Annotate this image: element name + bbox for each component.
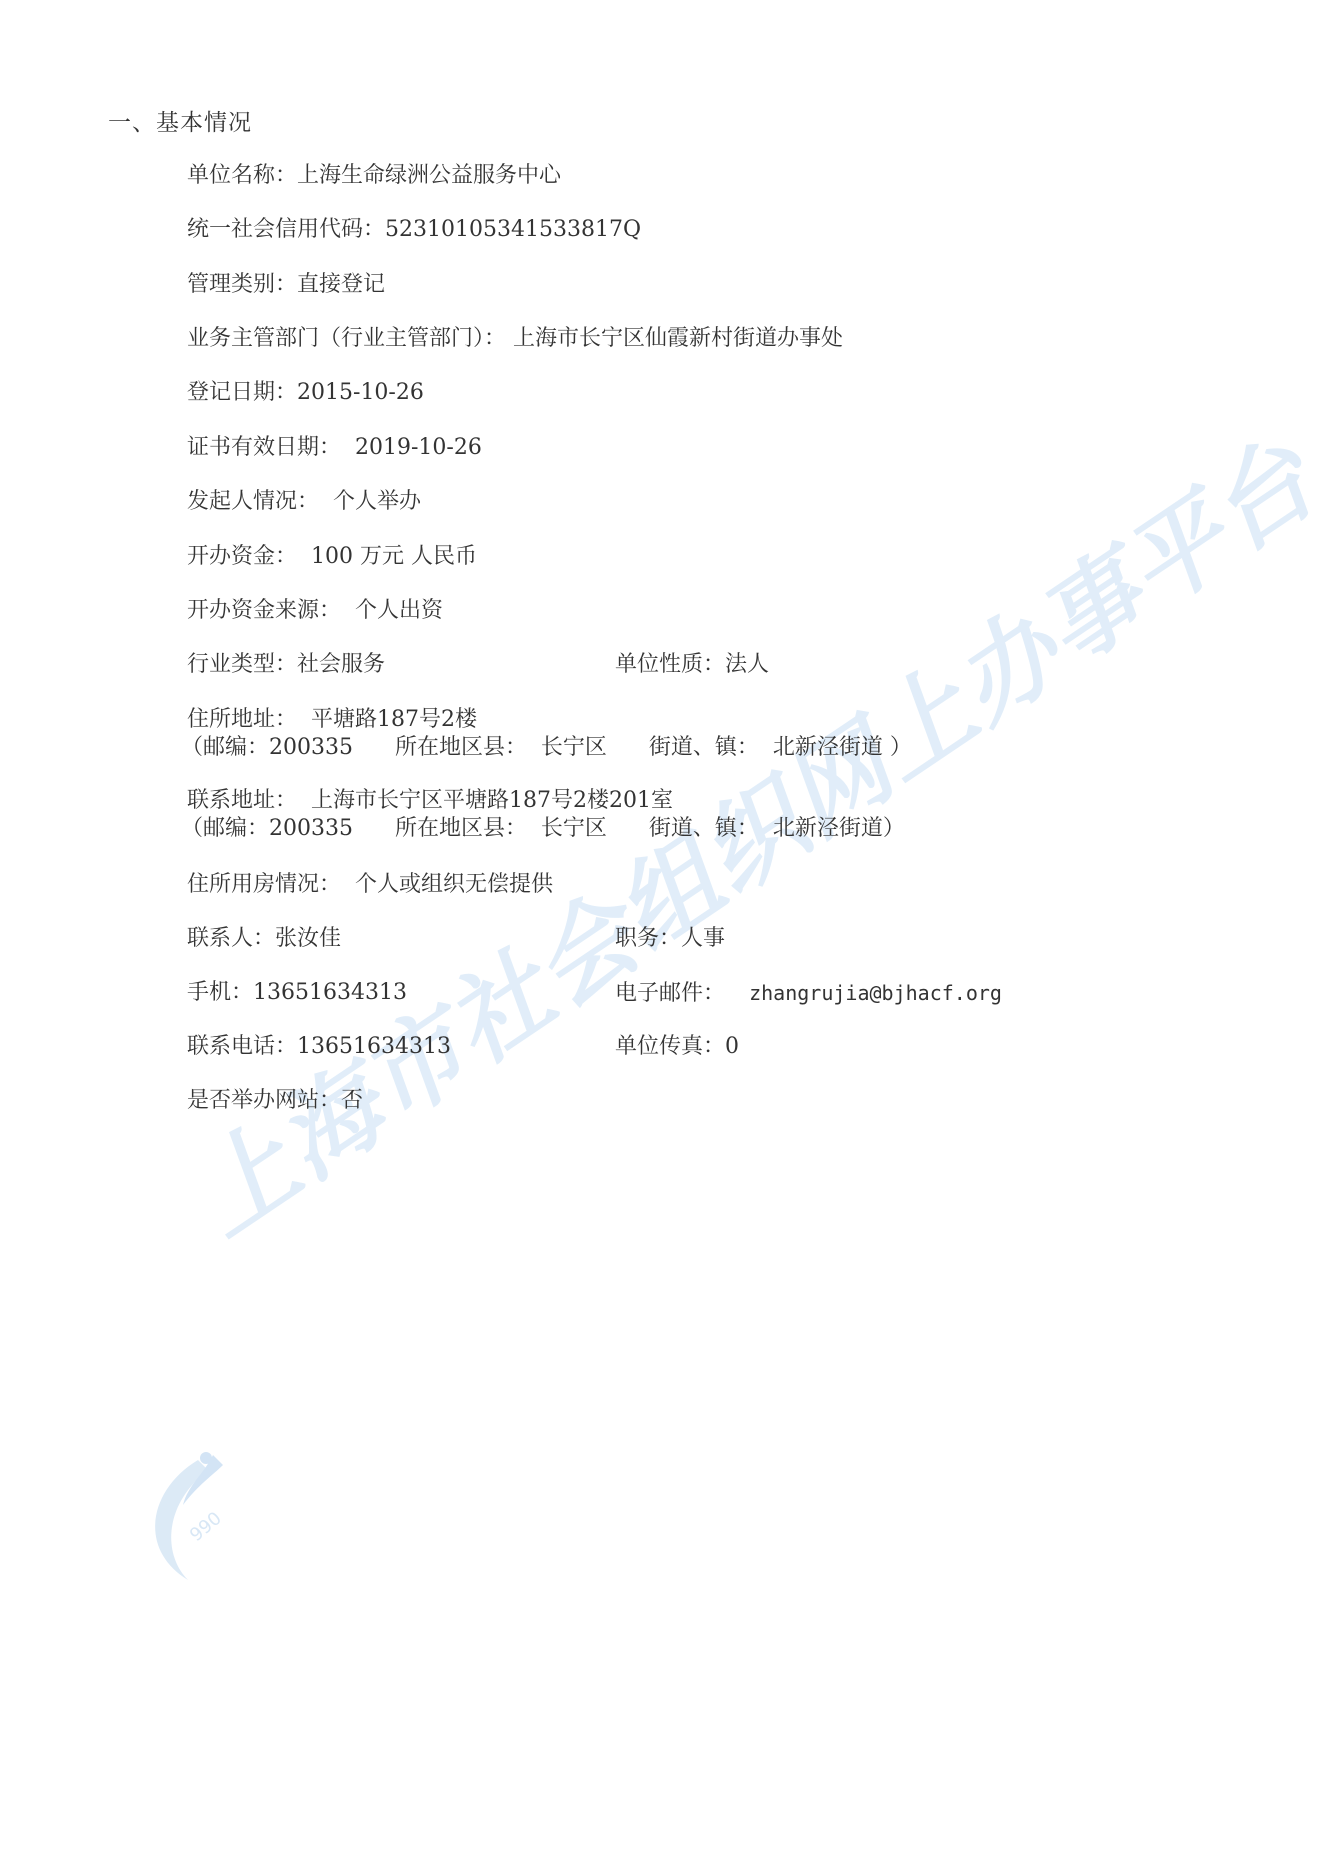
position-value: 人事 bbox=[681, 926, 725, 951]
field-contact-address: 联系地址： 上海市长宁区平塘路187号2楼201室 bbox=[187, 787, 673, 815]
capital-value: 100 万元 人民币 bbox=[297, 544, 477, 569]
mobile-value: 13651634313 bbox=[253, 980, 407, 1005]
document-page: 上海市社会组织网上办事平台 990 一、基本情况 单位名称：上海生命绿洲公益服务… bbox=[0, 0, 1323, 1871]
contact-person-label: 联系人： bbox=[187, 926, 275, 951]
unit-name-label: 单位名称： bbox=[187, 163, 297, 188]
registration-date-value: 2015-10-26 bbox=[297, 380, 424, 405]
contact-person-value: 张汝佳 bbox=[275, 926, 341, 951]
contact-address-value: 上海市长宁区平塘路187号2楼201室 bbox=[297, 788, 673, 813]
phone-label: 联系电话： bbox=[187, 1034, 297, 1059]
field-registration-date: 登记日期：2015-10-26 bbox=[187, 379, 424, 407]
residence-address-label: 住所地址： bbox=[187, 707, 297, 732]
field-residence-address: 住所地址： 平塘路187号2楼 bbox=[187, 706, 477, 734]
swoosh-logo-icon: 990 bbox=[128, 1440, 268, 1590]
residence-address-value: 平塘路187号2楼 bbox=[297, 707, 477, 732]
industry-type-value: 社会服务 bbox=[297, 652, 385, 677]
industry-type-label: 行业类型： bbox=[187, 652, 297, 677]
management-type-label: 管理类别： bbox=[187, 272, 297, 297]
credit-code-value: 52310105341533817Q bbox=[385, 217, 641, 242]
field-industry-type: 行业类型：社会服务 bbox=[187, 651, 385, 679]
unit-name-value: 上海生命绿洲公益服务中心 bbox=[297, 163, 561, 188]
svg-text:990: 990 bbox=[186, 1508, 226, 1546]
website-value: 否 bbox=[341, 1088, 363, 1113]
founder-value: 个人举办 bbox=[319, 489, 421, 514]
certificate-valid-date-label: 证书有效日期： bbox=[187, 435, 341, 460]
field-contact-person: 联系人：张汝佳 bbox=[187, 925, 341, 953]
supervisor-value: 上海市长宁区仙霞新村街道办事处 bbox=[506, 326, 843, 351]
fax-label: 单位传真： bbox=[615, 1034, 725, 1059]
position-label: 职务： bbox=[615, 926, 681, 951]
field-position: 职务：人事 bbox=[615, 925, 725, 953]
email-label: 电子邮件： bbox=[615, 981, 725, 1006]
field-certificate-valid-date: 证书有效日期： 2019-10-26 bbox=[187, 434, 482, 462]
field-premises: 住所用房情况： 个人或组织无偿提供 bbox=[187, 871, 553, 899]
field-unit-name: 单位名称：上海生命绿洲公益服务中心 bbox=[187, 162, 561, 190]
credit-code-label: 统一社会信用代码： bbox=[187, 217, 385, 242]
field-fax: 单位传真：0 bbox=[615, 1033, 739, 1061]
capital-label: 开办资金： bbox=[187, 544, 297, 569]
website-label: 是否举办网站： bbox=[187, 1088, 341, 1113]
premises-value: 个人或组织无偿提供 bbox=[341, 872, 553, 897]
field-founder: 发起人情况： 个人举办 bbox=[187, 488, 421, 516]
fax-value: 0 bbox=[725, 1034, 739, 1059]
field-credit-code: 统一社会信用代码：52310105341533817Q bbox=[187, 216, 641, 244]
registration-date-label: 登记日期： bbox=[187, 380, 297, 405]
section-heading: 一、基本情况 bbox=[108, 104, 252, 137]
residence-address-detail: （邮编：200335 所在地区县： 长宁区 街道、镇： 北新泾街道 ） bbox=[181, 734, 912, 762]
supervisor-label: 业务主管部门（行业主管部门）： bbox=[187, 326, 506, 351]
field-mobile: 手机：13651634313 bbox=[187, 979, 407, 1007]
unit-nature-label: 单位性质： bbox=[615, 652, 725, 677]
field-email: 电子邮件： zhangrujia@bjhacf.org bbox=[615, 979, 1002, 1008]
field-phone: 联系电话：13651634313 bbox=[187, 1033, 451, 1061]
field-supervisor: 业务主管部门（行业主管部门）： 上海市长宁区仙霞新村街道办事处 bbox=[187, 325, 843, 353]
field-capital-source: 开办资金来源： 个人出资 bbox=[187, 597, 443, 625]
contact-address-detail: （邮编：200335 所在地区县： 长宁区 街道、镇： 北新泾街道） bbox=[181, 815, 905, 843]
certificate-valid-date-value: 2019-10-26 bbox=[341, 435, 482, 460]
premises-label: 住所用房情况： bbox=[187, 872, 341, 897]
mobile-label: 手机： bbox=[187, 980, 253, 1005]
field-management-type: 管理类别：直接登记 bbox=[187, 271, 385, 299]
phone-value: 13651634313 bbox=[297, 1034, 451, 1059]
contact-address-label: 联系地址： bbox=[187, 788, 297, 813]
capital-source-label: 开办资金来源： bbox=[187, 598, 341, 623]
email-value: zhangrujia@bjhacf.org bbox=[725, 981, 1002, 1005]
field-unit-nature: 单位性质：法人 bbox=[615, 651, 769, 679]
field-website: 是否举办网站：否 bbox=[187, 1087, 363, 1115]
field-capital: 开办资金： 100 万元 人民币 bbox=[187, 543, 477, 571]
management-type-value: 直接登记 bbox=[297, 272, 385, 297]
founder-label: 发起人情况： bbox=[187, 489, 319, 514]
unit-nature-value: 法人 bbox=[725, 652, 769, 677]
capital-source-value: 个人出资 bbox=[341, 598, 443, 623]
